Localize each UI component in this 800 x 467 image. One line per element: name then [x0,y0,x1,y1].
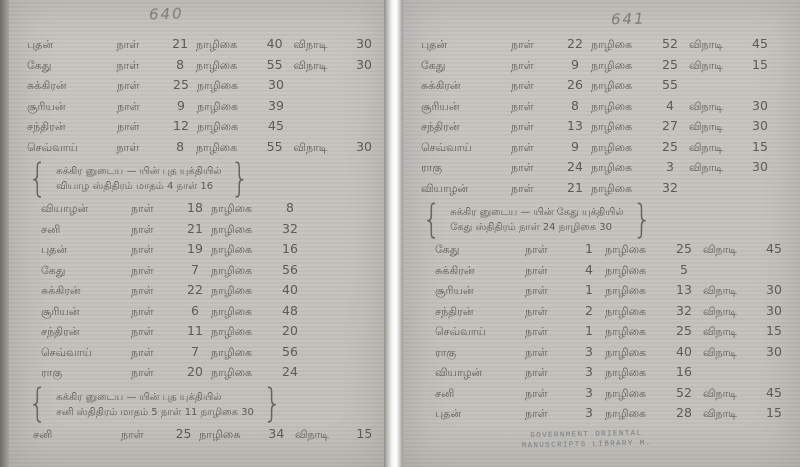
day-label: நாள் [525,346,573,361]
planet-name: புதன் [435,407,525,422]
vinadi-label: விநாடி [689,100,745,115]
page-right-entries: புதன்நாள்22நாழிகை52விநாடி45கேதுநாள்9நாழி… [419,36,794,426]
nazhigai-label: நாழிகை [211,202,271,217]
day-label: நாள் [525,284,573,299]
day-value: 24 [559,159,591,174]
page-right: 641 புதன்நாள்22நாழிகை52விநாடி45கேதுநாள்9… [403,0,800,467]
entry-row: செவ்வாய்நாள்8நாழிகை55விநாடி30 [27,139,379,160]
nazhigai-value: 40 [256,36,294,51]
entry-row: கேதுநாள்1நாழிகை25விநாடி45 [435,241,794,262]
entry-row: சனிநாள்21நாழிகை32 [41,221,379,242]
planet-name: செவ்வாய் [421,141,511,156]
day-value: 25 [168,426,199,441]
planet-name: புதன் [41,243,131,258]
note-line-b: கேது ஸ்திதிரம் நாள் 24 நாழிகை 30 [450,222,624,234]
planet-name: செவ்வாய் [27,141,116,156]
planet-name: வியாழன் [435,366,525,381]
vinadi-label: விநாடி [293,141,349,156]
nazhigai-value: 25 [651,139,689,154]
nazhigai-label: நாழிகை [605,264,665,279]
day-value: 2 [573,303,605,318]
planet-name: சந்திரன் [41,325,131,340]
planet-name: செவ்வாய் [41,346,131,361]
day-label: நாள் [131,264,179,279]
nazhigai-label: நாழிகை [196,38,256,53]
vinadi-value: 45 [745,36,775,51]
nazhigai-label: நாழிகை [591,161,651,176]
entry-row: சூரியன்நாள்8நாழிகை4விநாடி30 [421,98,794,119]
day-label: நாள் [131,223,179,238]
vinadi-label: விநாடி [703,243,759,258]
planet-name: சூரியன் [435,284,525,299]
day-label: நாள் [131,325,179,340]
entry-row: புதன்நாள்21நாழிகை40விநாடி30 [27,36,379,57]
nazhigai-label: நாழிகை [605,305,665,320]
vinadi-value: 15 [745,57,775,72]
vinadi-label: விநாடி [689,120,745,135]
vinadi-value: 45 [759,241,789,256]
nazhigai-label: நாழிகை [211,284,271,299]
planet-name: ராகு [421,161,511,176]
vinadi-label: விநாடி [689,59,745,74]
nazhigai-label: நாழிகை [605,366,665,381]
day-label: நாள் [511,59,559,74]
note-line-a: சுக்கிர னுடைய — யின் கேது யுக்தியில் [450,207,624,219]
vinadi-label: விநாடி [295,428,350,443]
day-value: 8 [164,139,196,154]
entry-row: சுக்கிரன்நாள்25நாழிகை30 [27,77,379,98]
open-brace: { [28,386,47,425]
planet-name: சூரியன் [421,100,511,115]
nazhigai-value: 55 [256,57,294,72]
bracketed-note: {சுக்கிர னுடைய — யின் கேது யுக்தியில்கேத… [419,200,794,241]
day-value: 18 [179,200,211,215]
day-label: நாள் [131,284,179,299]
vinadi-label: விநாடி [689,161,745,176]
entry-row: ராகுநாள்20நாழிகை24 [41,364,379,385]
nazhigai-value: 28 [665,405,703,420]
nazhigai-label: நாழிகை [197,100,257,115]
day-label: நாள் [511,161,559,176]
entry-row: வியாழன்நாள்18நாழிகை8 [41,200,379,221]
note-lines: சுக்கிர னுடைய — யின் கேது யுக்தியில்கேது… [444,207,630,234]
nazhigai-label: நாழிகை [211,305,271,320]
vinadi-label: விநாடி [703,346,759,361]
day-label: நாள் [116,38,164,53]
planet-name: கேது [435,243,525,258]
day-value: 8 [559,98,591,113]
day-value: 21 [179,221,211,236]
nazhigai-label: நாழிகை [211,366,271,381]
nazhigai-value: 55 [651,77,689,92]
day-value: 4 [573,262,605,277]
open-brace: { [28,160,47,199]
planet-name: சனி [435,387,525,402]
entry-row: புதன்நாள்3நாழிகை28விநாடி15 [435,405,794,426]
day-label: நாள் [525,243,573,258]
vinadi-value: 30 [745,98,775,113]
page-left: 640 புதன்நாள்21நாழிகை40விநாடி30கேதுநாள்8… [9,0,385,467]
day-label: நாள் [525,387,573,402]
vinadi-label: விநாடி [293,38,349,53]
page-left-entries: புதன்நாள்21நாழிகை40விநாடி30கேதுநாள்8நாழி… [25,36,379,446]
day-label: நாள் [116,59,164,74]
nazhigai-label: நாழிகை [605,387,665,402]
vinadi-value: 30 [349,36,379,51]
planet-name: கேது [421,59,511,74]
entry-row: சனிநாள்3நாழிகை52விநாடி45 [435,385,794,406]
nazhigai-value: 56 [271,262,309,277]
nazhigai-label: நாழிகை [591,79,651,94]
day-value: 19 [179,241,211,256]
vinadi-label: விநாடி [703,407,759,422]
planet-name: சுக்கிரன் [435,264,525,279]
entry-row: சூரியன்நாள்6நாழிகை48 [41,303,379,324]
day-label: நாள் [511,100,559,115]
nazhigai-value: 56 [271,344,309,359]
nazhigai-value: 3 [651,159,689,174]
planet-name: செவ்வாய் [435,325,525,340]
day-label: நாள் [131,366,179,381]
note-lines: சுக்கிர னுடைய — யின் புத யுக்தியில்சனி ஸ… [50,392,260,419]
planet-name: சூரியன் [41,305,131,320]
day-value: 9 [559,57,591,72]
nazhigai-value: 32 [651,180,689,195]
entry-row: ராகுநாள்24நாழிகை3விநாடி30 [421,159,794,180]
entry-row: சனிநாள்25நாழிகை34விநாடி15 [33,426,379,447]
note-lines: சுக்கிர னுடைய — யின் புத யுக்தியில்வியாழ… [50,166,227,193]
book-edge-shadow [0,0,9,467]
nazhigai-value: 40 [665,344,703,359]
day-label: நாள் [131,346,179,361]
nazhigai-value: 24 [271,364,309,379]
vinadi-value: 30 [349,57,379,72]
nazhigai-value: 32 [271,221,309,236]
vinadi-label: விநாடி [703,387,759,402]
nazhigai-value: 55 [256,139,294,154]
nazhigai-value: 4 [651,98,689,113]
page-gutter [384,0,404,467]
planet-name: ராகு [435,346,525,361]
day-value: 3 [573,364,605,379]
entry-row: கேதுநாள்7நாழிகை56 [41,262,379,283]
planet-name: ராகு [41,366,131,381]
day-label: நாள் [131,202,179,217]
nazhigai-value: 5 [665,262,703,277]
page-number-right: 641 [611,10,646,29]
day-label: நாள் [511,182,559,197]
nazhigai-label: நாழிகை [605,346,665,361]
nazhigai-label: நாழிகை [197,79,257,94]
vinadi-label: விநாடி [293,59,349,74]
entry-row: செவ்வாய்நாள்1நாழிகை25விநாடி15 [435,323,794,344]
note-line-b: சனி ஸ்திதிரம் மாதம் 5 நாள் 11 நாழிகை 30 [56,407,254,419]
planet-name: சுக்கிரன் [27,79,117,94]
day-value: 12 [165,118,197,133]
nazhigai-label: நாழிகை [591,59,651,74]
close-brace: } [231,160,250,199]
nazhigai-label: நாழிகை [605,284,665,299]
nazhigai-value: 27 [651,118,689,133]
day-label: நாள் [117,120,165,135]
nazhigai-value: 16 [665,364,703,379]
day-label: நாள் [131,243,179,258]
nazhigai-value: 25 [651,57,689,72]
planet-name: சனி [41,223,131,238]
day-label: நாள் [525,366,573,381]
vinadi-label: விநாடி [703,305,759,320]
nazhigai-label: நாழிகை [211,346,271,361]
vinadi-label: விநாடி [689,38,745,53]
nazhigai-label: நாழிகை [211,264,271,279]
nazhigai-value: 40 [271,282,309,297]
nazhigai-label: நாழிகை [605,243,665,258]
day-value: 7 [179,344,211,359]
nazhigai-label: நாழிகை [199,428,258,443]
nazhigai-value: 16 [271,241,309,256]
day-label: நாள் [117,79,165,94]
vinadi-value: 30 [759,282,789,297]
day-value: 11 [179,323,211,338]
nazhigai-value: 30 [257,77,295,92]
day-value: 13 [559,118,591,133]
day-value: 1 [573,282,605,297]
entry-row: சந்திரன்நாள்12நாழிகை45 [27,118,379,139]
entry-row: சுக்கிரன்நாள்26நாழிகை55 [421,77,794,98]
entry-row: சந்திரன்நாள்11நாழிகை20 [41,323,379,344]
day-label: நாள் [121,428,168,443]
page-number-left: 640 [149,4,184,23]
bracketed-note: {சுக்கிர னுடைய — யின் புத யுக்தியில்சனி … [25,385,379,426]
day-value: 21 [559,180,591,195]
day-value: 1 [573,241,605,256]
nazhigai-label: நாழிகை [591,38,651,53]
day-label: நாள் [511,141,559,156]
nazhigai-label: நாழிகை [605,407,665,422]
planet-name: கேது [27,59,116,74]
vinadi-value: 15 [759,405,789,420]
day-value: 3 [573,344,605,359]
day-value: 20 [179,364,211,379]
nazhigai-label: நாழிகை [591,100,651,115]
day-value: 3 [573,385,605,400]
nazhigai-value: 34 [258,426,295,441]
day-value: 21 [164,36,196,51]
entry-row: செவ்வாய்நாள்7நாழிகை56 [41,344,379,365]
day-label: நாள் [525,305,573,320]
day-value: 26 [559,77,591,92]
entry-row: சூரியன்நாள்1நாழிகை13விநாடி30 [435,282,794,303]
library-stamp: GOVERNMENT ORIENTAL MANUSCRIPTS LIBRARY … [489,429,684,453]
nazhigai-value: 45 [257,118,295,133]
planet-name: சூரியன் [27,100,117,115]
manuscript-scan: 640 புதன்நாள்21நாழிகை40விநாடி30கேதுநாள்8… [0,0,800,467]
nazhigai-value: 39 [257,98,295,113]
vinadi-label: விநாடி [689,141,745,156]
planet-name: வியாழன் [421,182,511,197]
entry-row: புதன்நாள்22நாழிகை52விநாடி45 [421,36,794,57]
day-value: 7 [179,262,211,277]
nazhigai-label: நாழிகை [196,59,256,74]
day-value: 22 [559,36,591,51]
planet-name: சந்திரன் [27,120,117,135]
vinadi-value: 30 [349,139,379,154]
day-label: நாள் [525,407,573,422]
nazhigai-value: 8 [271,200,309,215]
entry-row: சுக்கிரன்நாள்4நாழிகை5 [435,262,794,283]
planet-name: சனி [33,428,121,443]
entry-row: சூரியன்நாள்9நாழிகை39 [27,98,379,119]
entry-row: சந்திரன்நாள்2நாழிகை32விநாடி30 [435,303,794,324]
vinadi-value: 45 [759,385,789,400]
note-line-a: சுக்கிர னுடைய — யின் புத யுக்தியில் [56,166,221,178]
day-value: 6 [179,303,211,318]
nazhigai-label: நாழிகை [591,182,651,197]
planet-name: சுக்கிரன் [421,79,511,94]
bracketed-note: {சுக்கிர னுடைய — யின் புத யுக்தியில்வியா… [25,159,379,200]
entry-row: வியாழன்நாள்3நாழிகை16 [435,364,794,385]
nazhigai-label: நாழிகை [211,243,271,258]
note-line-b: வியாழ ஸ்திதிரம் மாதம் 4 நாள் 16 [56,181,221,193]
entry-row: சந்திரன்நாள்13நாழிகை27விநாடி30 [421,118,794,139]
vinadi-value: 30 [759,344,789,359]
vinadi-value: 30 [745,118,775,133]
nazhigai-label: நாழிகை [211,325,271,340]
nazhigai-value: 52 [651,36,689,51]
vinadi-value: 15 [745,139,775,154]
nazhigai-value: 20 [271,323,309,338]
day-label: நாள் [511,38,559,53]
nazhigai-label: நாழிகை [591,120,651,135]
nazhigai-value: 48 [271,303,309,318]
day-value: 9 [165,98,197,113]
planet-name: புதன் [421,38,511,53]
entry-row: சுக்கிரன்நாள்22நாழிகை40 [41,282,379,303]
nazhigai-value: 25 [665,323,703,338]
nazhigai-value: 52 [665,385,703,400]
vinadi-value: 15 [350,426,379,441]
day-label: நாள் [525,325,573,340]
day-value: 1 [573,323,605,338]
planet-name: வியாழன் [41,202,131,217]
planet-name: கேது [41,264,131,279]
vinadi-value: 30 [759,303,789,318]
nazhigai-label: நாழிகை [196,141,256,156]
day-value: 9 [559,139,591,154]
day-label: நாள் [511,120,559,135]
entry-row: புதன்நாள்19நாழிகை16 [41,241,379,262]
day-value: 25 [165,77,197,92]
day-label: நாள் [117,100,165,115]
day-label: நாள் [511,79,559,94]
day-label: நாள் [525,264,573,279]
nazhigai-label: நாழிகை [197,120,257,135]
entry-row: ராகுநாள்3நாழிகை40விநாடி30 [435,344,794,365]
day-value: 22 [179,282,211,297]
vinadi-value: 30 [745,159,775,174]
vinadi-label: விநாடி [703,284,759,299]
nazhigai-value: 25 [665,241,703,256]
nazhigai-label: நாழிகை [605,325,665,340]
nazhigai-value: 13 [665,282,703,297]
day-value: 8 [164,57,196,72]
planet-name: புதன் [27,38,116,53]
note-line-a: சுக்கிர னுடைய — யின் புத யுக்தியில் [56,392,254,404]
open-brace: { [422,201,441,240]
entry-row: கேதுநாள்9நாழிகை25விநாடி15 [421,57,794,78]
entry-row: செவ்வாய்நாள்9நாழிகை25விநாடி15 [421,139,794,160]
vinadi-label: விநாடி [703,325,759,340]
planet-name: சுக்கிரன் [41,284,131,299]
nazhigai-value: 32 [665,303,703,318]
nazhigai-label: நாழிகை [211,223,271,238]
close-brace: } [633,201,652,240]
planet-name: சந்திரன் [435,305,525,320]
entry-row: வியாழன்நாள்21நாழிகை32 [421,180,794,201]
day-label: நாள் [116,141,164,156]
planet-name: சந்திரன் [421,120,511,135]
day-value: 3 [573,405,605,420]
vinadi-value: 15 [759,323,789,338]
entry-row: கேதுநாள்8நாழிகை55விநாடி30 [27,57,379,78]
day-label: நாள் [131,305,179,320]
close-brace: } [263,386,282,425]
nazhigai-label: நாழிகை [591,141,651,156]
